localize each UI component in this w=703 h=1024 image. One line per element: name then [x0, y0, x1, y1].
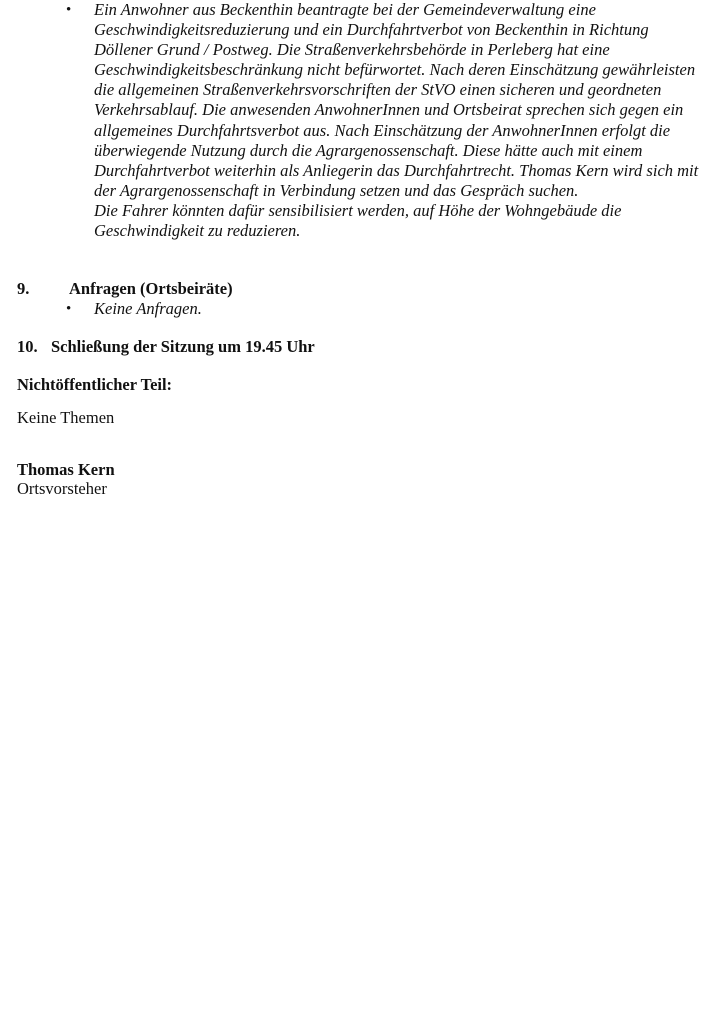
item8-paragraph-1: Ein Anwohner aus Beckenthin beantragte b…: [94, 0, 702, 201]
non-public-heading: Nichtöffentlicher Teil:: [17, 375, 172, 395]
non-public-text: Keine Themen: [17, 408, 114, 428]
document-page: • Ein Anwohner aus Beckenthin beantragte…: [0, 0, 703, 1024]
bullet-icon: •: [66, 299, 94, 319]
item10-number: 10.: [17, 337, 51, 357]
item8-bullet-block: • Ein Anwohner aus Beckenthin beantragte…: [62, 0, 702, 241]
item9-bullet: • Keine Anfragen.: [66, 299, 202, 319]
item9-title: Anfragen (Ortsbeiräte): [69, 279, 233, 298]
item9-bullet-text: Keine Anfragen.: [94, 299, 202, 319]
item9-number: 9.: [17, 279, 69, 299]
item9-heading: 9.Anfragen (Ortsbeiräte): [17, 279, 233, 299]
signature-role: Ortsvorsteher: [17, 479, 107, 499]
item8-paragraph-2: Die Fahrer könnten dafür sensibilisiert …: [94, 201, 702, 241]
signature-name: Thomas Kern: [17, 460, 115, 480]
bullet-icon: •: [62, 0, 94, 241]
bullet-text: Ein Anwohner aus Beckenthin beantragte b…: [94, 0, 702, 241]
item10-title: Schließung der Sitzung um 19.45 Uhr: [51, 337, 315, 356]
item10-heading: 10.Schließung der Sitzung um 19.45 Uhr: [17, 337, 315, 357]
